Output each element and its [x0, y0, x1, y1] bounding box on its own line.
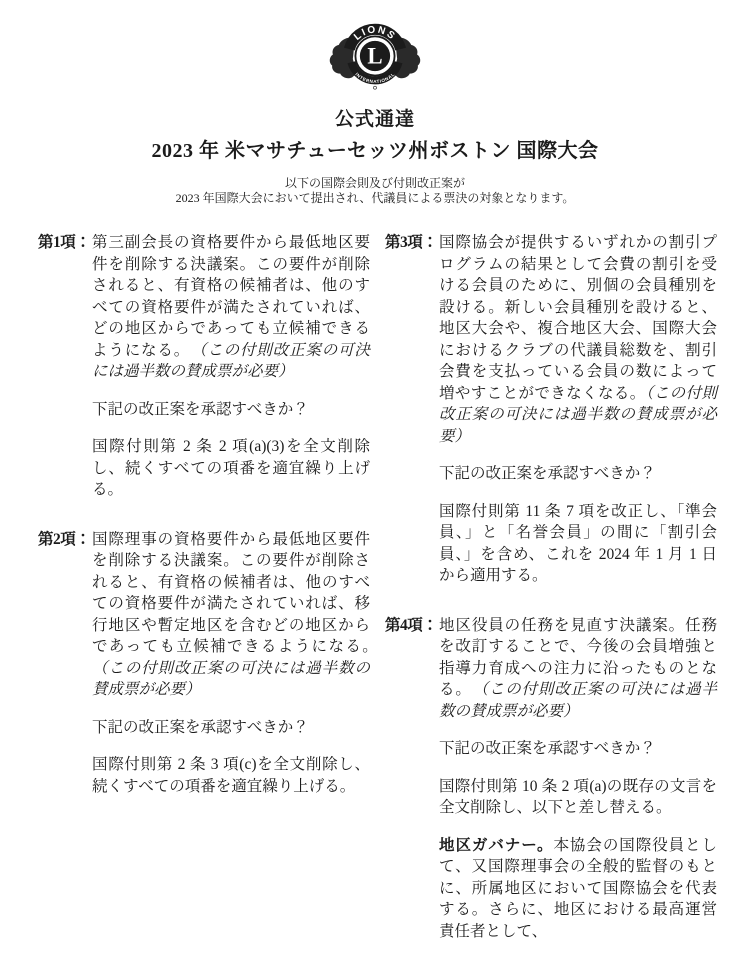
item-label: 第3項： — [385, 232, 439, 587]
item-paragraph: 下記の改正案を承認すべきか？ — [439, 463, 717, 485]
amendment-item-2: 第2項：国際理事の資格要件から最低地区要件を削除する決議案。この要件が削除される… — [38, 529, 370, 798]
text-run: 国際協会が提供するいずれかの割引プログラムの結果として会費の割引を受ける会員のた… — [439, 234, 717, 402]
text-run: 下記の改正案を承認すべきか？ — [439, 740, 656, 757]
item-body: 第三副会長の資格要件から最低地区要件を削除する決議案。この要件が削除されると、有… — [92, 232, 370, 501]
item-paragraph: 第三副会長の資格要件から最低地区要件を削除する決議案。この要件が削除されると、有… — [92, 232, 370, 383]
text-run: 下記の改正案を承認すべきか？ — [92, 719, 309, 736]
text-run: （この付則改正案の可決には過半数の賛成票が必要） — [439, 681, 717, 720]
text-run: 国際理事の資格要件から最低地区要件を削除する決議案。この要件が削除されると、有資… — [92, 531, 386, 656]
intro-line-1: 以下の国際会則及び付則改正案が — [0, 176, 750, 191]
lions-logo-icon: LIONS INTERNATIONAL L — [327, 14, 423, 92]
amendments-columns: 第1項：第三副会長の資格要件から最低地区要件を削除する決議案。この要件が削除され… — [0, 232, 750, 942]
item-body: 国際理事の資格要件から最低地区要件を削除する決議案。この要件が削除されると、有資… — [92, 529, 370, 798]
item-paragraph: 地区役員の任務を見直す決議案。任務を改訂することで、今後の会員増強と指導力育成へ… — [439, 615, 717, 723]
item-paragraph: 国際付則第 2 条 3 項(c)を全文削除し、続くすべての項番を適宜繰り上げる。 — [92, 754, 370, 797]
logo-monogram: L — [367, 44, 382, 69]
item-paragraph: 国際付則第 2 条 2 項(a)(3)を全文削除し、続くすべての項番を適宜繰り上… — [92, 436, 370, 501]
left-column: 第1項：第三副会長の資格要件から最低地区要件を削除する決議案。この要件が削除され… — [38, 232, 370, 942]
item-label: 第4項： — [385, 615, 439, 943]
text-run: （この付則改正案の可決には過半数の賛成票が必要） — [92, 660, 370, 699]
document-title: 公式通達 — [0, 104, 750, 131]
item-paragraph: 国際付則第 10 条 2 項(a)の既存の文言を全文削除し、以下と差し替える。 — [439, 776, 717, 819]
text-run: 下記の改正案を承認すべきか？ — [92, 401, 309, 418]
item-paragraph: 地区ガバナー。本協会の国際役員として、又国際理事会の全般的監督のもとに、所属地区… — [439, 835, 717, 943]
item-paragraph: 国際理事の資格要件から最低地区要件を削除する決議案。この要件が削除されると、有資… — [92, 529, 370, 701]
item-paragraph: 下記の改正案を承認すべきか？ — [92, 717, 370, 739]
lions-international-logo: LIONS INTERNATIONAL L — [325, 14, 425, 92]
item-label: 第2項： — [38, 529, 92, 798]
item-body: 地区役員の任務を見直す決議案。任務を改訂することで、今後の会員増強と指導力育成へ… — [439, 615, 717, 943]
text-run: 国際付則第 2 条 3 項(c)を全文削除し、続くすべての項番を適宜繰り上げる。 — [92, 756, 370, 795]
text-run: 地区ガバナー。 — [439, 837, 553, 854]
item-paragraph: 下記の改正案を承認すべきか？ — [439, 738, 717, 760]
document-page: LIONS INTERNATIONAL L 公式通達 2023 年 米マサチュー… — [0, 0, 750, 971]
text-run: 第三副会長の資格要件から最低地区要件を削除する決議案。この要件が削除されると、有… — [92, 234, 370, 359]
text-run: 国際付則第 2 条 2 項(a)(3)を全文削除し、続くすべての項番を適宜繰り上… — [92, 438, 370, 498]
amendment-item-3: 第3項：国際協会が提供するいずれかの割引プログラムの結果として会費の割引を受ける… — [385, 232, 717, 587]
item-paragraph: 下記の改正案を承認すべきか？ — [92, 399, 370, 421]
right-column: 第3項：国際協会が提供するいずれかの割引プログラムの結果として会費の割引を受ける… — [385, 232, 717, 942]
intro-text: 以下の国際会則及び付則改正案が 2023 年国際大会において提出され、代議員によ… — [0, 176, 750, 206]
intro-line-2: 2023 年国際大会において提出され、代議員による票決の対象となります。 — [0, 191, 750, 206]
convention-title: 2023 年 米マサチューセッツ州ボストン 国際大会 — [0, 134, 750, 163]
item-paragraph: 国際付則第 11 条 7 項を改正し、「準会員、」と「名誉会員」の間に「割引会員… — [439, 501, 717, 587]
item-label: 第1項： — [38, 232, 92, 501]
item-body: 国際協会が提供するいずれかの割引プログラムの結果として会費の割引を受ける会員のた… — [439, 232, 717, 587]
document-header: LIONS INTERNATIONAL L 公式通達 2023 年 米マサチュー… — [0, 14, 750, 206]
amendment-item-4: 第4項：地区役員の任務を見直す決議案。任務を改訂することで、今後の会員増強と指導… — [385, 615, 717, 943]
text-run: 国際付則第 10 条 2 項(a)の既存の文言を全文削除し、以下と差し替える。 — [439, 778, 717, 817]
text-run: 下記の改正案を承認すべきか？ — [439, 465, 656, 482]
text-run: 国際付則第 11 条 7 項を改正し、「準会員、」と「名誉会員」の間に「割引会員… — [439, 503, 717, 585]
item-paragraph: 国際協会が提供するいずれかの割引プログラムの結果として会費の割引を受ける会員のた… — [439, 232, 717, 447]
registered-mark-icon — [374, 86, 377, 89]
amendment-item-1: 第1項：第三副会長の資格要件から最低地区要件を削除する決議案。この要件が削除され… — [38, 232, 370, 501]
